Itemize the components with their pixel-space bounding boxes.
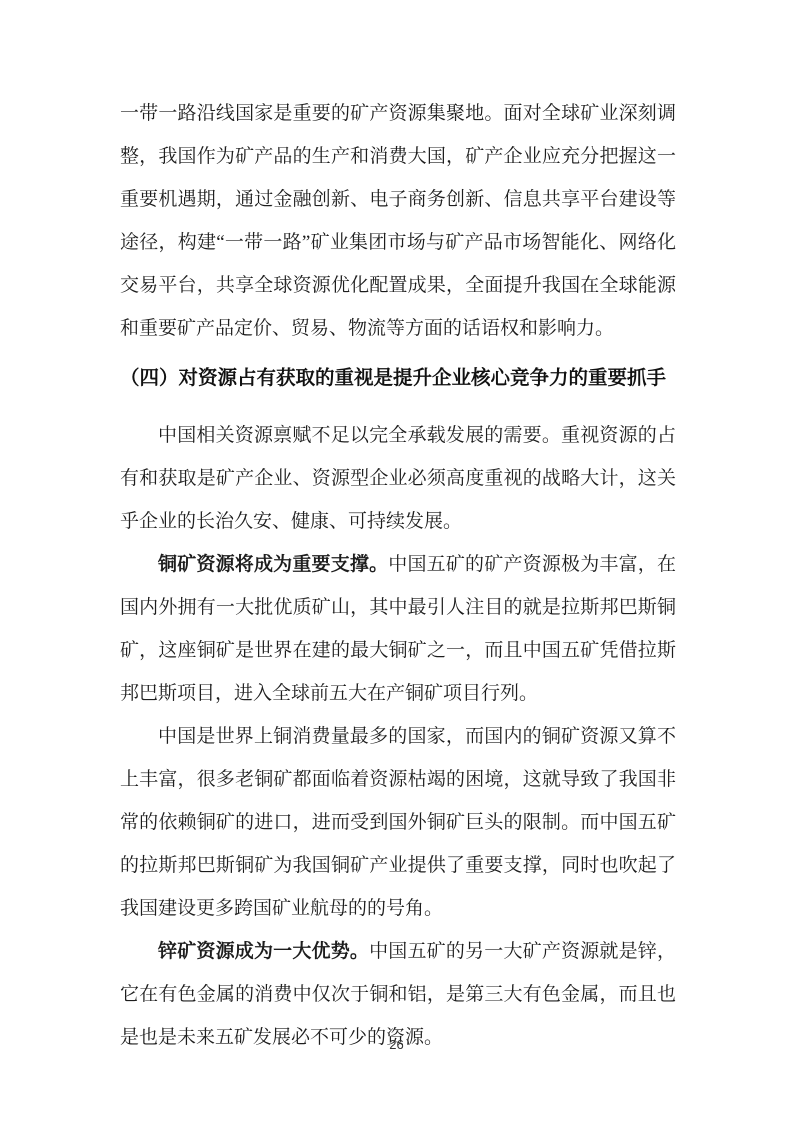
paragraph-text: 中国相关资源禀赋不足以完全承载发展的需要。重视资源的占有和获取是矿产企业、资源型… <box>120 425 676 532</box>
paragraph-resource-endowment: 中国相关资源禀赋不足以完全承载发展的需要。重视资源的占有和获取是矿产企业、资源型… <box>120 414 676 543</box>
paragraph-text: 中国是世界上铜消费量最多的国家，而国内的铜矿资源又算不上丰富，很多老铜矿都面临着… <box>120 726 676 919</box>
page-number: 26 <box>389 1037 403 1052</box>
paragraph-copper-consumption: 中国是世界上铜消费量最多的国家，而国内的铜矿资源又算不上丰富，很多老铜矿都面临着… <box>120 715 676 930</box>
paragraph-bold-lead: 铜矿资源将成为重要支撑。 <box>158 554 388 575</box>
paragraph-bold-lead: 锌矿资源成为一大优势。 <box>158 941 369 962</box>
paragraph-copper-resources: 铜矿资源将成为重要支撑。中国五矿的矿产资源极为丰富，在国内外拥有一大批优质矿山，… <box>120 543 676 715</box>
paragraph-text: 一带一路沿线国家是重要的矿产资源集聚地。面对全球矿业深刻调整，我国作为矿产品的生… <box>120 103 676 339</box>
paragraph-text: 中国五矿的矿产资源极为丰富，在国内外拥有一大批优质矿山，其中最引人注目的就是拉斯… <box>120 554 676 704</box>
section-heading: （四）对资源占有获取的重视是提升企业核心竞争力的重要抓手 <box>120 357 676 400</box>
page-content: 一带一路沿线国家是重要的矿产资源集聚地。面对全球矿业深刻调整，我国作为矿产品的生… <box>120 92 676 1059</box>
document-page: 一带一路沿线国家是重要的矿产资源集聚地。面对全球矿业深刻调整，我国作为矿产品的生… <box>0 0 793 1122</box>
page-footer: 26 <box>0 1036 793 1054</box>
paragraph-belt-and-road: 一带一路沿线国家是重要的矿产资源集聚地。面对全球矿业深刻调整，我国作为矿产品的生… <box>120 92 676 350</box>
